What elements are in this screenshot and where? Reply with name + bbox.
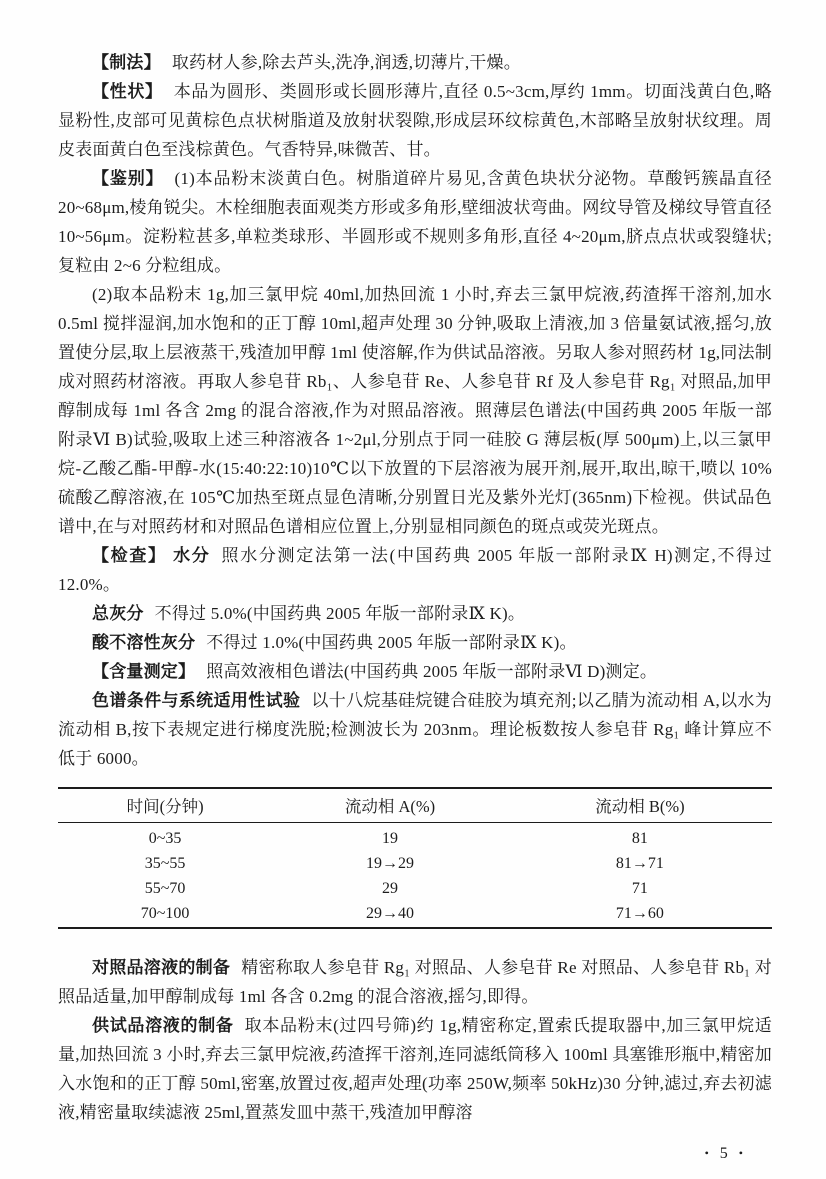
para-check-moisture: 【检查】 水分照水分测定法第一法(中国药典 2005 年版一部附录Ⅸ H)测定,… xyxy=(58,541,772,599)
table-row: 70~100 29→40 71→60 xyxy=(58,902,772,928)
table-row: 55~70 29 71 xyxy=(58,877,772,902)
para-reference-solution-prep: 对照品溶液的制备精密称取人参皂苷 Rg₁ 对照品、人参皂苷 Re 对照品、人参皂… xyxy=(58,953,772,1011)
table-cell-phase-b: 81→71 xyxy=(508,852,772,877)
section-label-sepu-tiaojian: 色谱条件与系统适用性试验 xyxy=(92,691,300,710)
para-test-solution-prep: 供试品溶液的制备取本品粉末(过四号筛)约 1g,精密称定,置索氏提取器中,加三氯… xyxy=(58,1011,772,1127)
table-row: 0~35 19 81 xyxy=(58,823,772,852)
para-acid-insoluble-ash: 酸不溶性灰分不得过 1.0%(中国药典 2005 年版一部附录Ⅸ K)。 xyxy=(58,628,772,657)
page-number: •5• xyxy=(696,1145,754,1163)
page-number-left-dot: • xyxy=(696,1146,720,1160)
table-cell-phase-a: 19→29 xyxy=(272,852,508,877)
para-text: 不得过 5.0%(中国药典 2005 年版一部附录Ⅸ K)。 xyxy=(155,604,525,623)
table-cell-time: 0~35 xyxy=(58,823,272,852)
table-row: 35~55 19→29 81→71 xyxy=(58,852,772,877)
section-label-gongshipin: 供试品溶液的制备 xyxy=(92,1016,234,1035)
section-label-duizhaopin: 对照品溶液的制备 xyxy=(92,958,230,977)
document-page: 【制法】取药材人参,除去芦头,洗净,润透,切薄片,干燥。 【性状】本品为圆形、类… xyxy=(0,0,826,1179)
page-number-right-dot: • xyxy=(730,1146,754,1160)
section-label-zonghuifen: 总灰分 xyxy=(92,604,144,623)
table-cell-phase-a: 29→40 xyxy=(272,902,508,928)
section-label-zhifa: 【制法】 xyxy=(92,53,161,72)
table-cell-phase-b: 81 xyxy=(508,823,772,852)
table-cell-time: 55~70 xyxy=(58,877,272,902)
table-header-mobile-phase-a: 流动相 A(%) xyxy=(272,788,508,823)
section-label-jiancha-shuifen: 【检查】 水分 xyxy=(92,546,210,565)
table-cell-phase-b: 71 xyxy=(508,877,772,902)
para-assay: 【含量测定】照高效液相色谱法(中国药典 2005 年版一部附录Ⅵ D)测定。 xyxy=(58,657,772,686)
section-label-hanliangceding: 【含量测定】 xyxy=(92,662,195,681)
para-text: 不得过 1.0%(中国药典 2005 年版一部附录Ⅸ K)。 xyxy=(206,633,576,652)
gradient-elution-table: 时间(分钟) 流动相 A(%) 流动相 B(%) 0~35 19 81 35~5… xyxy=(58,787,772,929)
para-text: 照高效液相色谱法(中国药典 2005 年版一部附录Ⅵ D)测定。 xyxy=(206,662,657,681)
table-cell-phase-a: 19 xyxy=(272,823,508,852)
table-header-mobile-phase-b: 流动相 B(%) xyxy=(508,788,772,823)
para-text: 本品为圆形、类圆形或长圆形薄片,直径 0.5~3cm,厚约 1mm。切面浅黄白色… xyxy=(58,82,772,159)
page-number-value: 5 xyxy=(720,1145,730,1162)
table-header-row: 时间(分钟) 流动相 A(%) 流动相 B(%) xyxy=(58,788,772,823)
section-label-jianbie: 【鉴别】 xyxy=(92,169,164,188)
para-identification-2: (2)取本品粉末 1g,加三氯甲烷 40ml,加热回流 1 小时,弃去三氯甲烷液… xyxy=(58,280,772,541)
table-header-time: 时间(分钟) xyxy=(58,788,272,823)
table-cell-time: 35~55 xyxy=(58,852,272,877)
para-text: (2)取本品粉末 1g,加三氯甲烷 40ml,加热回流 1 小时,弃去三氯甲烷液… xyxy=(58,285,772,536)
section-label-suanburongxinghuifen: 酸不溶性灰分 xyxy=(92,633,195,652)
para-chromatographic-conditions: 色谱条件与系统适用性试验以十八烷基硅烷键合硅胶为填充剂;以乙腈为流动相 A,以水… xyxy=(58,686,772,773)
table-cell-phase-b: 71→60 xyxy=(508,902,772,928)
para-text: 取药材人参,除去芦头,洗净,润透,切薄片,干燥。 xyxy=(172,53,521,72)
para-preparation-method: 【制法】取药材人参,除去芦头,洗净,润透,切薄片,干燥。 xyxy=(58,48,772,77)
para-description: 【性状】本品为圆形、类圆形或长圆形薄片,直径 0.5~3cm,厚约 1mm。切面… xyxy=(58,77,772,164)
section-label-xingzhuang: 【性状】 xyxy=(92,82,163,101)
para-identification-1: 【鉴别】(1)本品粉末淡黄白色。树脂道碎片易见,含黄色块状分泌物。草酸钙簇晶直径… xyxy=(58,164,772,280)
para-text: (1)本品粉末淡黄白色。树脂道碎片易见,含黄色块状分泌物。草酸钙簇晶直径 20~… xyxy=(58,169,772,275)
para-total-ash: 总灰分不得过 5.0%(中国药典 2005 年版一部附录Ⅸ K)。 xyxy=(58,599,772,628)
table-cell-time: 70~100 xyxy=(58,902,272,928)
page-content: 【制法】取药材人参,除去芦头,洗净,润透,切薄片,干燥。 【性状】本品为圆形、类… xyxy=(58,48,772,1127)
table-cell-phase-a: 29 xyxy=(272,877,508,902)
